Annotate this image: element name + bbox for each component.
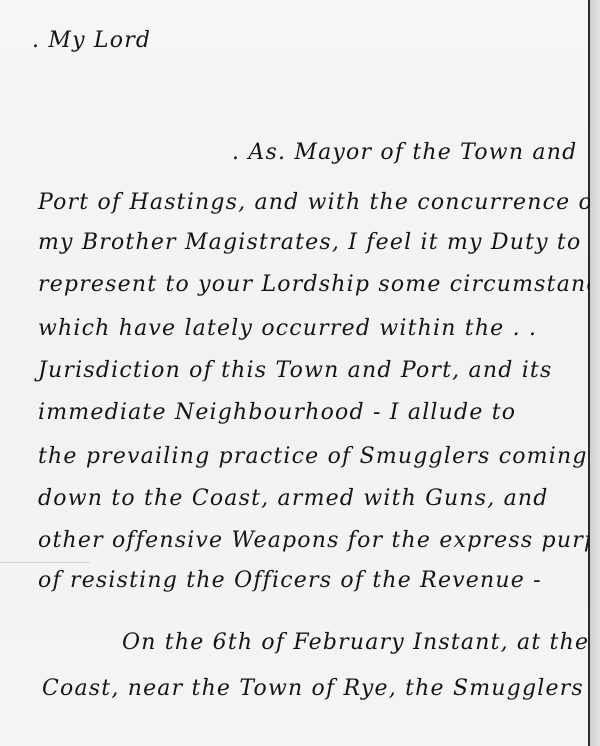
letter-line: Port of Hastings, and with the concurren… xyxy=(38,190,600,215)
letter-line: the prevailing practice of Smugglers com… xyxy=(38,444,588,469)
letter-line: . As. Mayor of the Town and xyxy=(232,140,577,165)
letter-line: On the 6th of February Instant, at the xyxy=(122,630,589,655)
letter-line: Jurisdiction of this Town and Port, and … xyxy=(38,358,552,383)
letter-line: of resisting the Officers of the Revenue… xyxy=(38,568,542,593)
letter-line: represent to your Lordship some circumst… xyxy=(38,272,600,297)
letter-line: immediate Neighbourhood - I allude to xyxy=(38,400,516,425)
letter-line: Coast, near the Town of Rye, the Smuggle… xyxy=(42,676,584,701)
letter-line: my Brother Magistrates, I feel it my Dut… xyxy=(38,230,581,255)
salutation: . My Lord xyxy=(32,28,151,53)
letter-line: which have lately occurred within the . … xyxy=(38,316,537,341)
page-edge xyxy=(590,0,600,746)
letter-line: other offensive Weapons for the express … xyxy=(38,528,600,553)
letter-line: down to the Coast, armed with Guns, and xyxy=(38,486,549,511)
letter-page: . My Lord . As. Mayor of the Town and Po… xyxy=(0,0,590,746)
paper-crease xyxy=(0,562,90,563)
